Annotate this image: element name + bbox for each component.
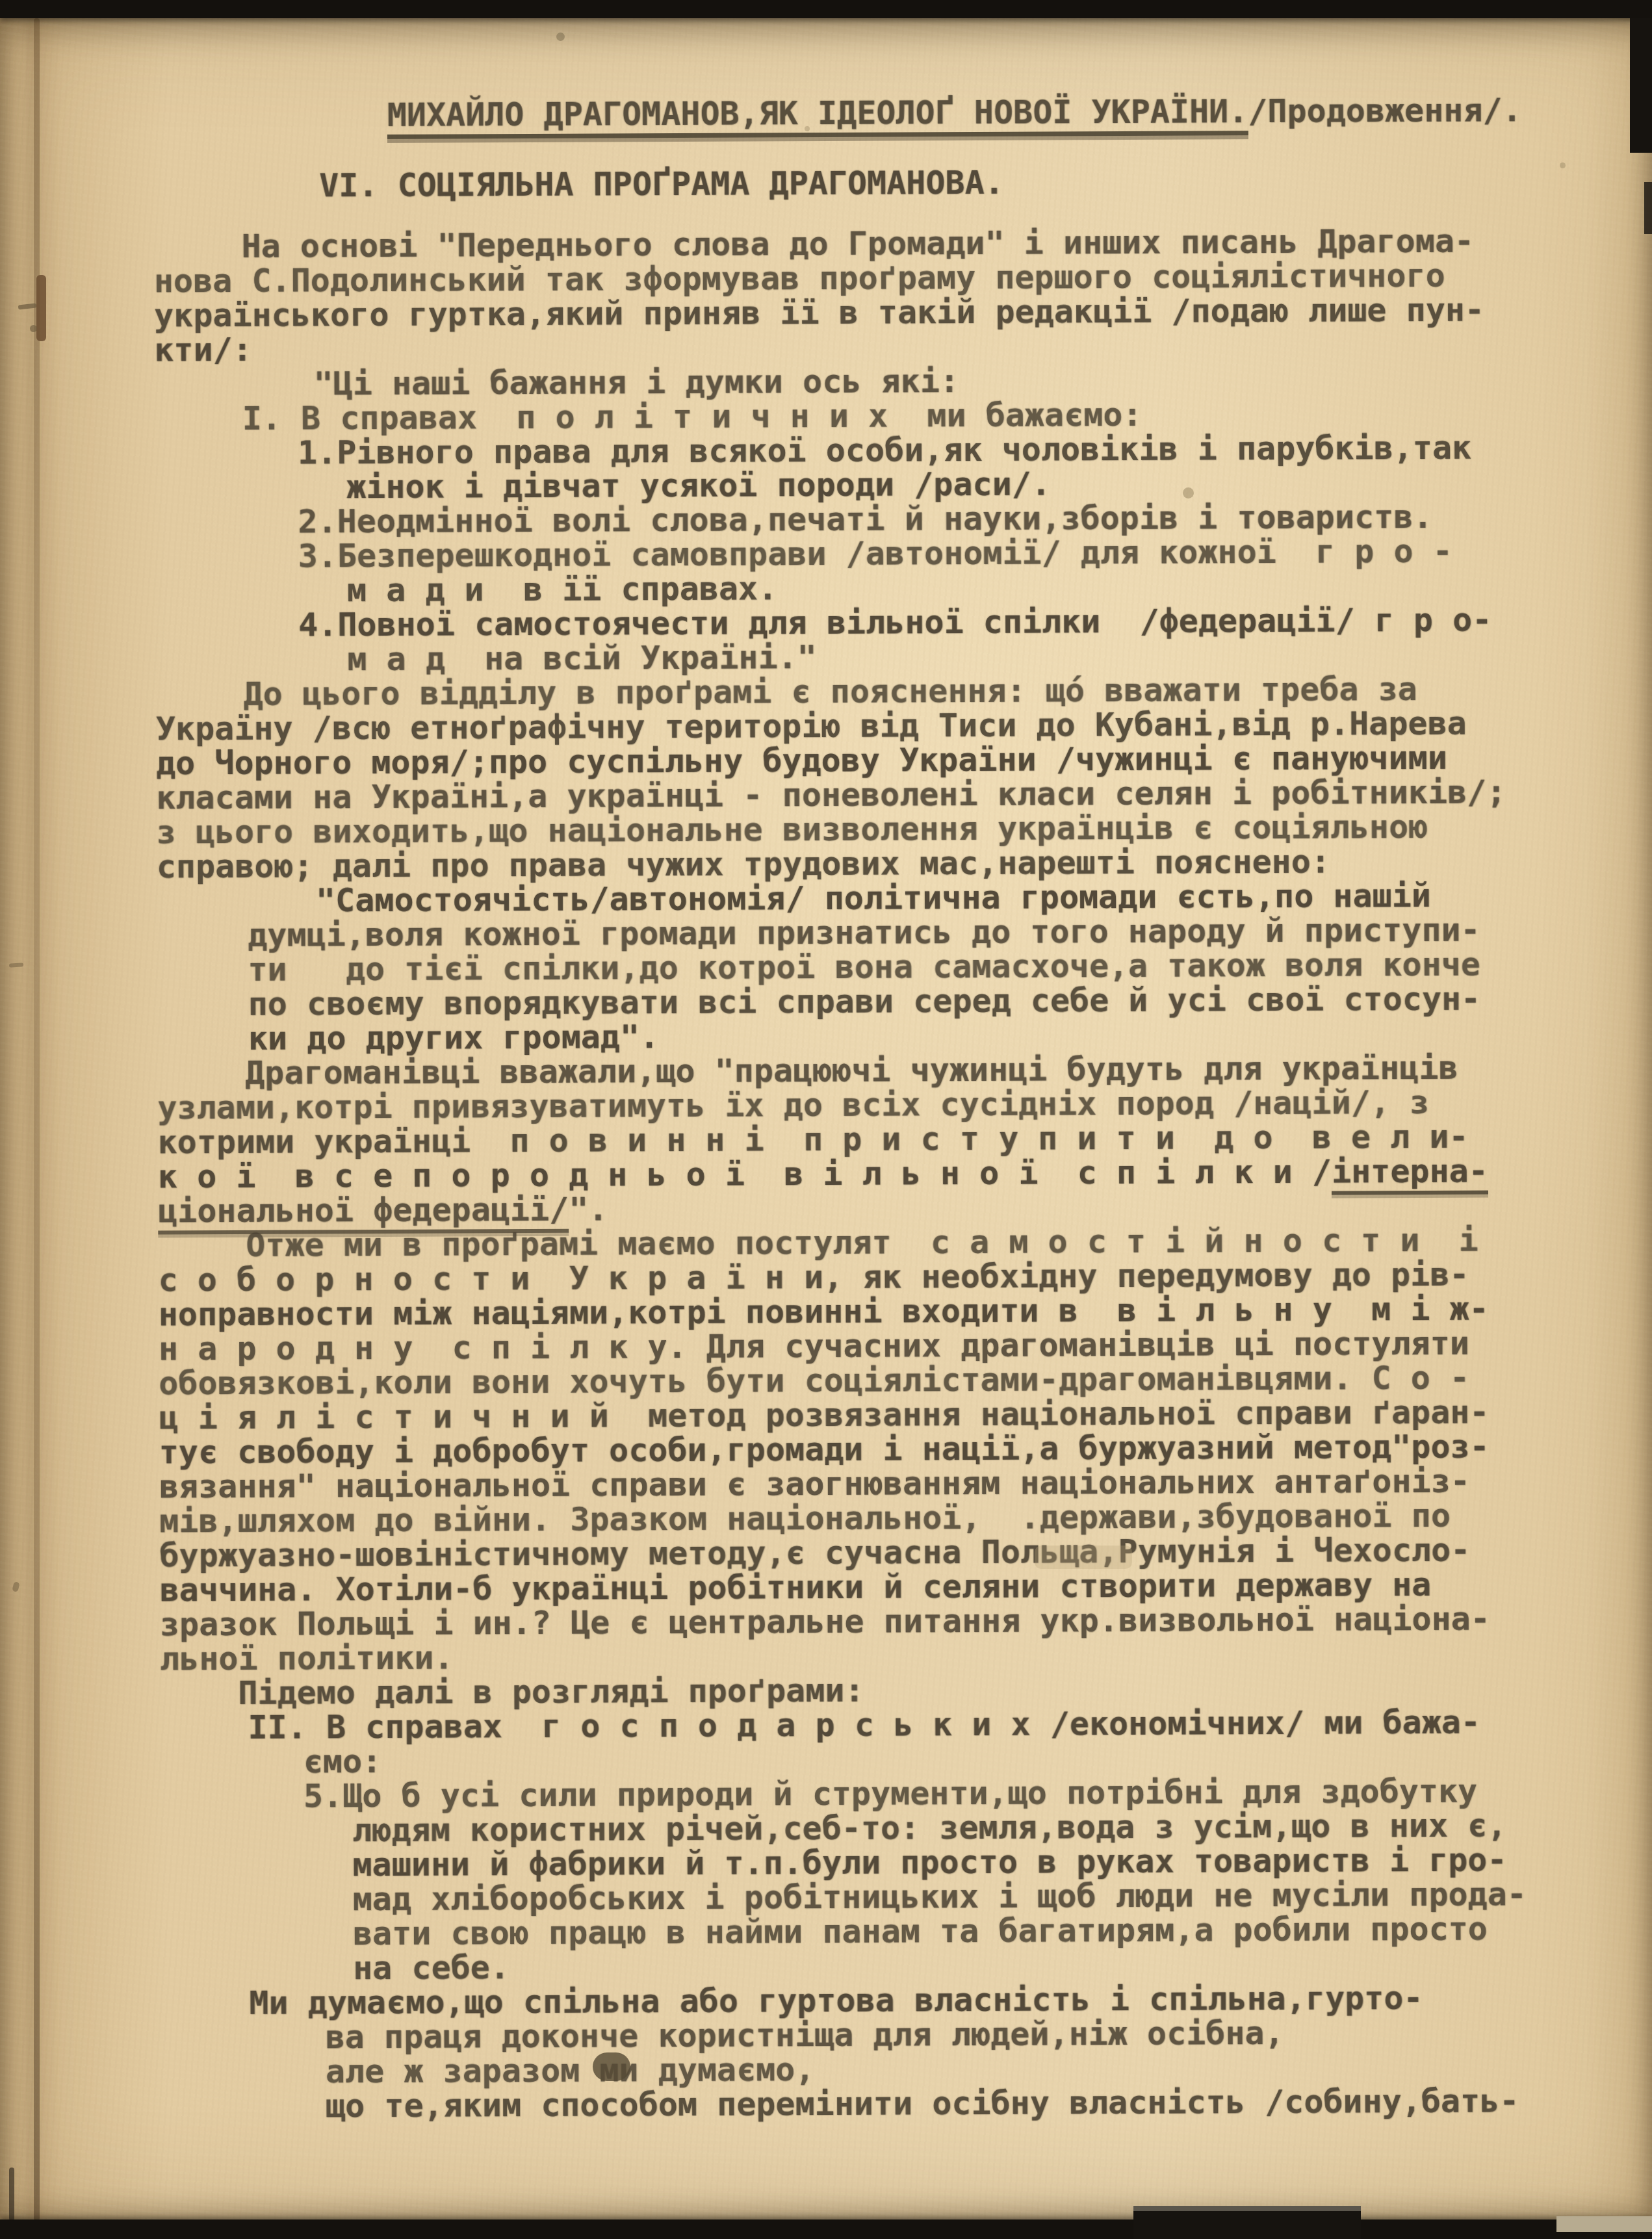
- underlined-text: МИХАЙЛО ДРАГОМАНОВ,ЯК ІДЕОЛОҐ НОВОЇ УКРА…: [387, 92, 1248, 135]
- scan-border-bottom: [0, 2220, 1652, 2239]
- page-bottom-left-edge: [9, 2168, 14, 2221]
- scan-border-top: [0, 0, 1652, 18]
- text-line: м а д на всій Україні.": [347, 636, 1652, 677]
- text-line: Драгоманівці вважали,що "працюючі чужинц…: [245, 1050, 1652, 1090]
- scan-border-right: [1630, 18, 1652, 153]
- text-line: "Ці наші бажання і думки ось які:: [313, 361, 1652, 401]
- document-text: МИХАЙЛО ДРАГОМАНОВ,ЯК ІДЕОЛОҐ НОВОЇ УКРА…: [0, 0, 1652, 2125]
- text-line: по своєму впорядкувати всі справи серед …: [248, 981, 1652, 1021]
- text-line: жінок і дівчат усякої породи /раси/.: [346, 464, 1652, 504]
- text-line: на себе.: [353, 1945, 1652, 1986]
- scan-bottom-right-edge: [1556, 2216, 1652, 2232]
- text-segment: к о ї в с е п о р о д н ь о ї в і л ь н …: [158, 1153, 1332, 1196]
- text-segment: /Продовження/.: [1248, 91, 1522, 130]
- text-line: що те,яким способом перемінити осібну вл…: [326, 2083, 1652, 2123]
- text-line: ва праця доконче користніща для людей,ні…: [326, 2014, 1652, 2054]
- section-heading: VI. СОЦІЯЛЬНА ПРОҐРАМА ДРАГОМАНОВА.: [319, 162, 1652, 203]
- text-line: 4.Повної самостоячести для вільної спілк…: [298, 602, 1652, 642]
- scan-border-right-mark: [1644, 182, 1652, 234]
- text-line: Ми думаємо,що спільна або гуртова власні…: [249, 1980, 1652, 2020]
- document-title: МИХАЙЛО ДРАГОМАНОВ,ЯК ІДЕОЛОҐ НОВОЇ УКРА…: [387, 92, 1652, 132]
- text-line: 1.Рівного права для всякої особи,як чоло…: [298, 430, 1652, 470]
- scan-bottom-black-patch: [1133, 2211, 1361, 2239]
- text-line: ІІ. В справах г о с п о д а р с ь к и х …: [248, 1704, 1652, 1744]
- text-segment: ".: [569, 1190, 608, 1228]
- text-line: вати свою працю в найми панам та багатир…: [353, 1911, 1652, 1951]
- text-line: 3.Безперешкодної самовправи /автономії/ …: [298, 533, 1652, 573]
- scanned-page: МИХАЙЛО ДРАГОМАНОВ,ЯК ІДЕОЛОҐ НОВОЇ УКРА…: [0, 0, 1652, 2239]
- underlined-text: інтерна-: [1332, 1152, 1488, 1191]
